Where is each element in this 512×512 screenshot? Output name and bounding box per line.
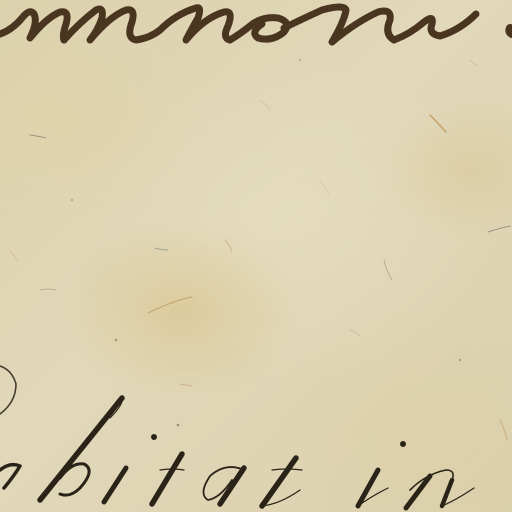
line-1-ink — [0, 7, 512, 42]
line-2-ink — [0, 366, 474, 508]
handwriting — [0, 0, 512, 512]
manuscript-page: nnoni bitat in — [0, 0, 512, 512]
